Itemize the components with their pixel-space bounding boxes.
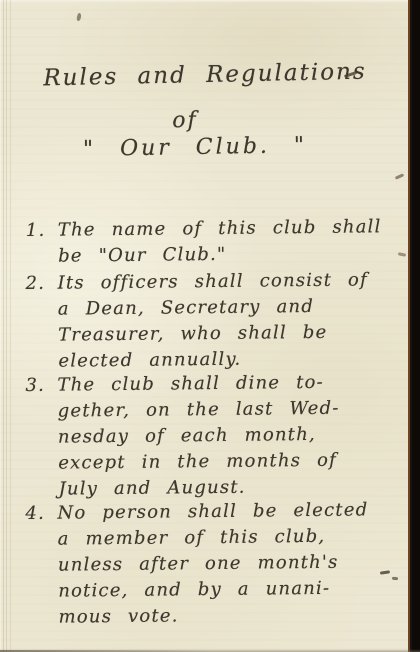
ink-mark — [395, 173, 404, 179]
rule-3-line-2: gether, on the last Wed- — [26, 395, 404, 425]
rule-2-text: Its officers shall consist of — [57, 269, 368, 293]
rule-3: 3.The club shall dine to- gether, on the… — [25, 369, 404, 503]
rule-3-line-3: nesday of each month, — [26, 421, 404, 451]
rule-3-number: 3. — [25, 373, 57, 399]
ink-speck — [76, 13, 82, 22]
rule-1-line-2: be "Our Club." — [26, 240, 404, 270]
rule-1-number: 1. — [26, 218, 58, 244]
rule-4-line-4: notice, and by a unani- — [26, 575, 404, 605]
page-left-edge-lines — [0, 0, 14, 652]
rule-1: 1.The name of this club shall be "Our Cl… — [26, 214, 405, 270]
rule-4-line-3: unless after one month's — [26, 549, 404, 579]
document-title-line-2: of — [0, 105, 370, 136]
rule-4-line-2: a member of this club, — [26, 523, 404, 553]
rule-2: 2.Its officers shall consist of a Dean, … — [25, 267, 404, 375]
document-title-line-3: " Our Club. " — [10, 132, 380, 163]
rule-2-line-3: Treasurer, who shall be — [26, 319, 404, 349]
rule-3-line-4: except in the months of — [26, 447, 404, 477]
rule-3-line-1: 3.The club shall dine to- — [25, 369, 403, 399]
page-top-edge — [0, 0, 420, 3]
rule-4-text: No person shall be elected — [57, 499, 368, 523]
rule-4-line-5: mous vote. — [26, 601, 404, 631]
rule-2-line-2: a Dean, Secretary and — [26, 293, 404, 323]
manuscript-page: Rules and Regulations of " Our Club. " 1… — [0, 0, 420, 652]
document-title-line-1: Rules and Regulations — [30, 58, 380, 91]
ink-speck — [392, 577, 398, 581]
rule-4-line-1: 4.No person shall be elected — [25, 497, 403, 527]
rule-1-line-1: 1.The name of this club shall — [26, 214, 404, 244]
rule-1-text: The name of this club shall — [58, 216, 382, 240]
book-binding-band — [408, 0, 420, 652]
rule-4-number: 4. — [25, 501, 57, 527]
rule-2-line-1: 2.Its officers shall consist of — [25, 267, 403, 297]
rule-4: 4.No person shall be elected a member of… — [25, 497, 404, 631]
rule-2-number: 2. — [25, 271, 57, 297]
rule-3-text: The club shall dine to- — [57, 372, 324, 396]
